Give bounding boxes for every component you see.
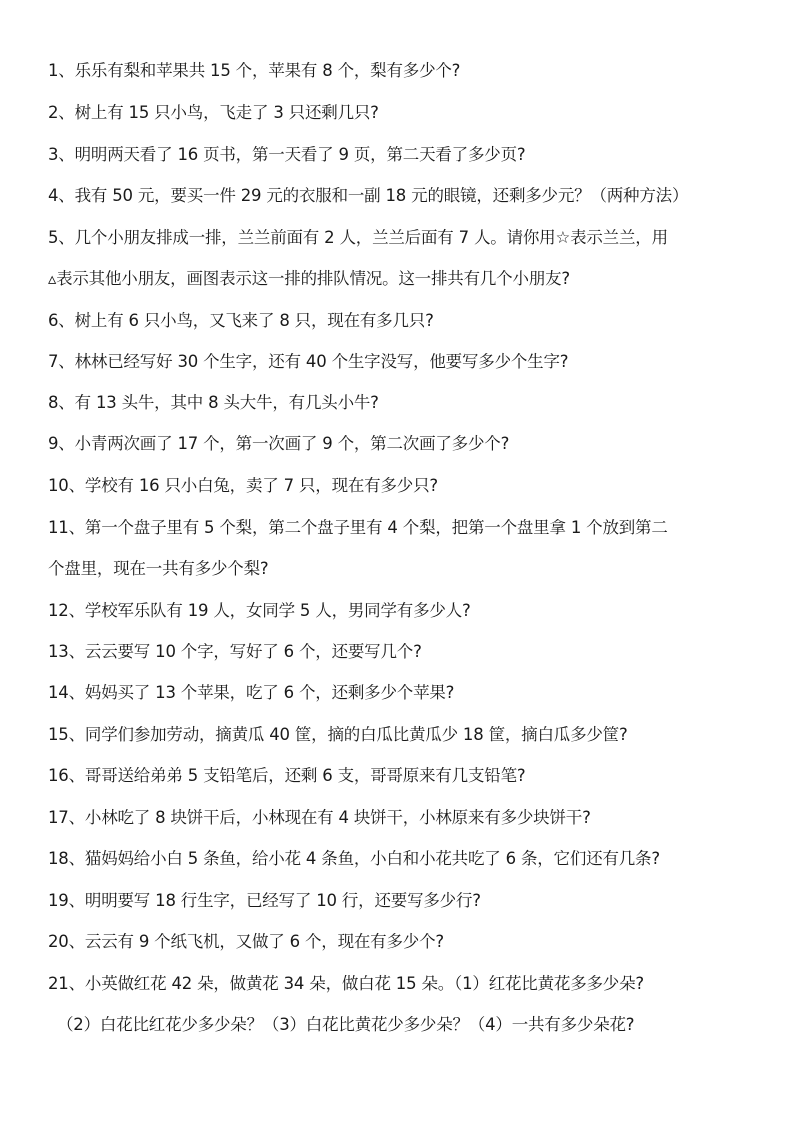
problem-12: 12、学校军乐队有 19 人，女同学 5 人，男同学有多少人? <box>48 600 768 622</box>
problem-6: 6、树上有 6 只小鸟，又飞来了 8 只，现在有多几只? <box>48 310 768 332</box>
problem-3: 3、明明两天看了 16 页书，第一天看了 9 页，第二天看了多少页? <box>48 144 768 166</box>
problem-18: 18、猫妈妈给小白 5 条鱼，给小花 4 条鱼，小白和小花共吃了 6 条，它们还… <box>48 848 768 870</box>
problem-10: 10、学校有 16 只小白兔，卖了 7 只，现在有多少只? <box>48 475 768 497</box>
worksheet-page: 1、乐乐有梨和苹果共 15 个，苹果有 8 个，梨有多少个? 2、树上有 15 … <box>0 0 793 1122</box>
problem-19: 19、明明要写 18 行生字，已经写了 10 行，还要写多少行? <box>48 890 768 912</box>
problem-17: 17、小林吃了 8 块饼干后，小林现在有 4 块饼干，小林原来有多少块饼干? <box>48 807 768 829</box>
problem-7: 7、林林已经写好 30 个生字，还有 40 个生字没写，他要写多少个生字? <box>48 351 768 373</box>
problem-5-continued: ▵表示其他小朋友，画图表示这一排的排队情况。这一排共有几个小朋友? <box>48 268 768 290</box>
problem-21: 21、小英做红花 42 朵，做黄花 34 朵，做白花 15 朵。（1）红花比黄花… <box>48 973 768 995</box>
problem-11: 11、第一个盘子里有 5 个梨，第二个盘子里有 4 个梨，把第一个盘里拿 1 个… <box>48 517 768 539</box>
problem-5: 5、几个小朋友排成一排，兰兰前面有 2 人，兰兰后面有 7 人。请你用☆表示兰兰… <box>48 227 768 249</box>
problem-9: 9、小青两次画了 17 个，第一次画了 9 个，第二次画了多少个? <box>48 433 768 455</box>
problem-16: 16、哥哥送给弟弟 5 支铅笔后，还剩 6 支，哥哥原来有几支铅笔? <box>48 765 768 787</box>
problem-20: 20、云云有 9 个纸飞机，又做了 6 个，现在有多少个? <box>48 931 768 953</box>
problem-2: 2、树上有 15 只小鸟，飞走了 3 只还剩几只? <box>48 102 768 124</box>
problem-8: 8、有 13 头牛，其中 8 头大牛，有几头小牛? <box>48 392 768 414</box>
problem-4: 4、我有 50 元，要买一件 29 元的衣服和一副 18 元的眼镜，还剩多少元？… <box>48 185 768 207</box>
problem-14: 14、妈妈买了 13 个苹果，吃了 6 个，还剩多少个苹果? <box>48 682 768 704</box>
problem-15: 15、同学们参加劳动，摘黄瓜 40 筐，摘的白瓜比黄瓜少 18 筐，摘白瓜多少筐… <box>48 724 768 746</box>
problem-11-continued: 个盘里，现在一共有多少个梨? <box>48 558 768 580</box>
problem-21-continued: （2）白花比红花少多少朵？（3）白花比黄花少多少朵？（4）一共有多少朵花? <box>57 1014 777 1036</box>
problem-1: 1、乐乐有梨和苹果共 15 个，苹果有 8 个，梨有多少个? <box>48 60 768 82</box>
problem-13: 13、云云要写 10 个字，写好了 6 个，还要写几个? <box>48 641 768 663</box>
